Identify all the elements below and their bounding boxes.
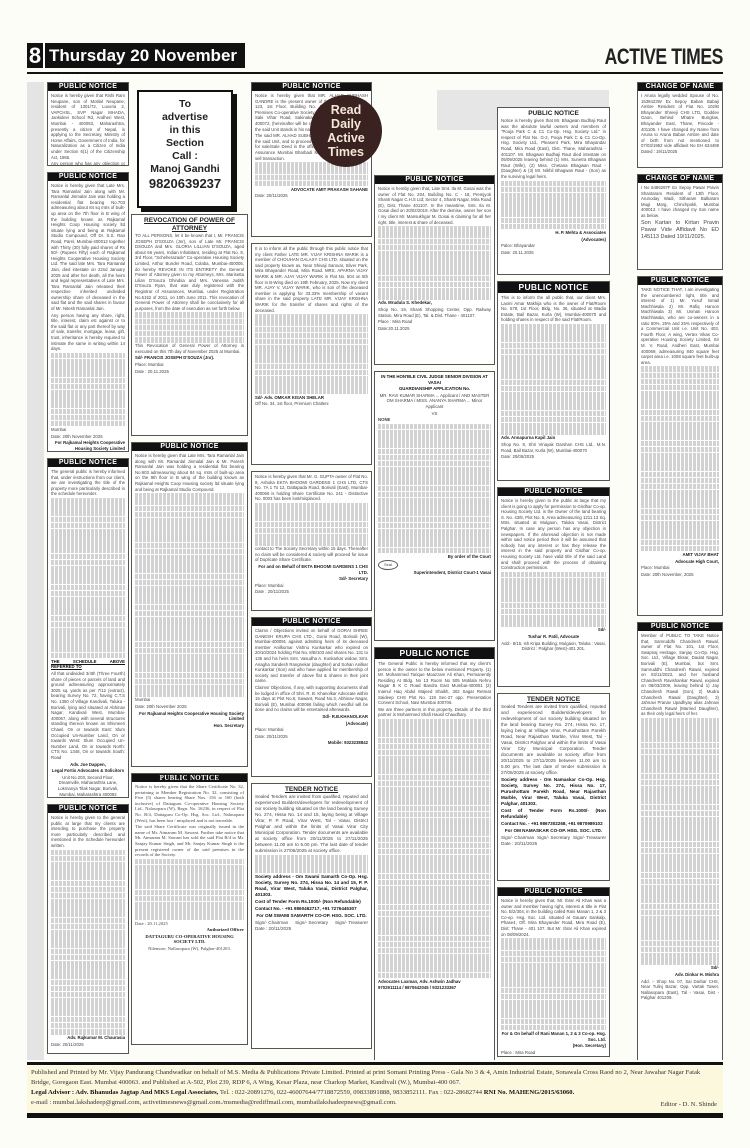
- ad-line: advertise: [139, 111, 231, 124]
- column-2: To advertise in this Section Call : Mano…: [131, 82, 248, 1060]
- notice-body-2: Son Kartan to Kirtan Pravin Pawar Vide A…: [641, 220, 719, 241]
- schedule-body: All that undivided 3/4th (Three Fourth) …: [51, 671, 125, 761]
- notice-advocate: H. P. Mehta & Associates: [501, 230, 606, 236]
- notice-heading: TENDER NOTICE: [255, 786, 368, 794]
- ad-line: Times: [310, 145, 382, 159]
- notice-heading: PUBLIC NOTICE: [638, 623, 722, 631]
- notice-society: DATTAGURU CO-OPERATIVE HOUSING SOCIETY L…: [135, 934, 244, 945]
- editor: Editor - D. N. Shinde: [661, 1100, 717, 1110]
- notice-body: Notice is hereby given that Late Mrs. Ta…: [135, 453, 244, 492]
- legal-line: Legal Advisor : Adv. Bhanudas Jagtap And…: [31, 1088, 719, 1098]
- schedule-title: THE SCHEDULE ABOVE REFERRED TO: [51, 659, 125, 670]
- notice-advocate: Tushar R. Patil, Advocate: [501, 634, 606, 640]
- notice-body-2: We are three partners in this property. …: [378, 707, 491, 718]
- notice-body: It is to inform all the public through t…: [255, 246, 368, 313]
- notice-body-2: The said Share Certificate was originall…: [135, 824, 244, 858]
- notice-tender-om-swami: TENDER NOTICE Sealed Tenders are invited…: [251, 783, 372, 1049]
- notice-place: Palce: Bhayandar: [501, 243, 606, 249]
- left-margin-strip: [27, 82, 44, 1060]
- ad-line: Section: [139, 137, 231, 150]
- paper-name: ACTIVE TIMES: [605, 44, 723, 70]
- page-number: 8: [27, 43, 43, 68]
- notice-role: (Advocate): [255, 721, 368, 727]
- notice-body-2: Any person having any share, right, titl…: [51, 313, 125, 352]
- notice-heading: CHANGE OF NAME: [638, 83, 722, 91]
- notice-body-2: This Revocation of General Power of Atto…: [135, 343, 244, 354]
- notice-body: Sealed Tenders are invited from qualifie…: [501, 704, 606, 776]
- notice-gosai: PUBLIC NOTICE Notice is hereby given tha…: [374, 175, 495, 365]
- tender-signatories: Sign/- Chairman Sign/- Secretary Sign/- …: [255, 920, 368, 926]
- notice-heading: PUBLIC NOTICE: [375, 648, 494, 659]
- notice-advocate: Advocates Laxman, Adv. Ashwin Jadhav: [378, 979, 491, 985]
- signatory-treasurer: Sign/- Treasurer: [573, 835, 606, 841]
- notice-body: I Aruna legally wedded Spouse of No. 153…: [641, 93, 719, 155]
- signatory-secretary: Sign/- Secretary: [295, 920, 328, 926]
- notice-heading: TENDER NOTICE: [501, 696, 606, 704]
- footer-rule: [27, 1062, 723, 1065]
- notice-warik: It is to inform all the public through t…: [251, 243, 372, 465]
- read-daily-active-times-ad: Read Daily Active Times: [310, 95, 382, 167]
- notice-body: Notice is hereby given that, Mr. Ibrar A…: [501, 898, 606, 937]
- notice-tender-om-namaskar: TENDER NOTICE Sealed Tenders are invited…: [497, 693, 610, 881]
- signatory-secretary: Sign/- Secretary: [537, 835, 570, 841]
- notice-signatory: (Hon. Secretary): [501, 1043, 606, 1049]
- notice-phone: 9702911114 / 9870642045 / 9321233367: [378, 985, 491, 991]
- notice-heading: PUBLIC NOTICE: [638, 277, 722, 285]
- notice-heading: PUBLIC NOTICE: [501, 110, 606, 118]
- notice-body: Notice is hereby given that, Late Smt. I…: [378, 186, 491, 225]
- notice-date: Date: 20.11.2025: [501, 250, 606, 256]
- court-none: NONE: [378, 417, 491, 423]
- notice-change-name-1: CHANGE OF NAME I Aruna legally wedded Sp…: [637, 82, 723, 168]
- notice-rut-bhagwan: PUBLIC NOTICE Notice is hereby given tha…: [497, 107, 610, 275]
- notice-body: TO ALL PERSONS, let it be known that I, …: [135, 233, 244, 311]
- notice-body-2: Claims/ Objections, if any, with support…: [255, 685, 368, 713]
- ad-line: in this: [139, 124, 231, 137]
- notice-date: Date: 20th November 2025: [51, 434, 125, 440]
- notice-heading: PUBLIC NOTICE: [375, 176, 494, 184]
- notice-signatory: Sd/- Secretary: [255, 576, 368, 582]
- notice-rani-manan: PUBLIC NOTICE Notice is hereby given tha…: [497, 887, 610, 1057]
- notice-date: Date:20.11.2025: [501, 1056, 606, 1057]
- notice-naturalization: PUBLIC NOTICE Notice is hereby given tha…: [47, 82, 129, 166]
- notice-heading: PUBLIC NOTICE: [498, 488, 609, 496]
- ad-line: Active: [310, 131, 382, 145]
- notice-body: The general public is hereby informed th…: [51, 469, 125, 497]
- notice-society: For Rajkamal Heights Cooperative Housing…: [135, 711, 244, 722]
- notice-place: Place: Mumbai: [135, 362, 244, 368]
- notice-date: Date:20.11.2025: [378, 326, 491, 332]
- notice-body: Sealed Tenders are invited from qualifie…: [255, 794, 368, 854]
- notice-heading: REVOCATION OF POWER OF ATTORNEY: [135, 217, 244, 233]
- notice-body: Notice is hereby given that the Share Ce…: [135, 784, 244, 823]
- notice-change-name-2: CHANGE OF NAME I No 6486297F Ex Sepoy Pa…: [637, 174, 723, 270]
- notice-date: Date : 20.11.2025: [135, 921, 244, 927]
- ad-contact-name: Manoj Gandhi: [139, 163, 231, 176]
- notice-advocate: Adv. Annapurna Kapil Jain: [501, 435, 606, 441]
- notice-heading: PUBLIC NOTICE: [48, 805, 128, 813]
- notice-body: I No 6486297F Ex Sepoy Pawar Pravin Shan…: [641, 185, 719, 219]
- notice-address: Add. :- Shop No. 07, Sai Darbar CHS, Nea…: [641, 979, 719, 1001]
- notice-society: For OM NAMASKAR CO-OP. HSG. SOC. LTD.: [501, 828, 606, 834]
- notice-address: Society address - Om Namaskar Co-Op. Hsg…: [501, 777, 606, 807]
- notice-signatory: Hon. Secretary: [135, 723, 244, 729]
- notice-revocation: REVOCATION OF POWER OF ATTORNEY TO ALL P…: [131, 214, 248, 436]
- notice-date: Date : 20/11/2025: [255, 926, 368, 932]
- notice-heading: PUBLIC NOTICE: [132, 443, 247, 451]
- notice-date: Date: 20/05/2025: [501, 454, 606, 460]
- notice-body: Notice is hereby given that Mr. Bhagwan …: [501, 118, 606, 180]
- notice-heading: CHANGE OF NAME: [638, 175, 722, 183]
- rni-number: RNI No. MAHENG/2015/63060.: [484, 1089, 574, 1096]
- notice-date: Date: 20/11/2025: [255, 734, 368, 740]
- notice-signatory: Sd/- Adv. OMKAR KISAN SHELAR: [255, 395, 368, 401]
- notice-signatory: Sd/-: [641, 965, 719, 971]
- notice-place: Place: Mumbai: [255, 583, 368, 589]
- notice-body: TAKE NOTICE THAT, I am investigating the…: [641, 287, 719, 365]
- notice-mohammed: PUBLIC NOTICE The General Public is here…: [374, 647, 495, 1060]
- notice-dattaguru: PUBLIC NOTICE Notice is hereby given tha…: [131, 773, 248, 1045]
- notice-heading: PUBLIC NOTICE: [48, 173, 128, 181]
- notice-rajkamal-703: PUBLIC NOTICE Notice is hereby given tha…: [47, 172, 129, 452]
- advertise-ad[interactable]: To advertise in this Section Call : Mano…: [137, 90, 233, 208]
- notice-advocate: ADVOCATE AMIT PRAKASH SAHANE: [255, 187, 368, 193]
- notice-signatory: Authorized Officer: [135, 927, 244, 933]
- notice-address: Add:- 8/15, Ish Kripa Building, Mulgaon,…: [501, 641, 606, 652]
- notice-firm: Legal Fortis Advocates & Solicitors: [51, 768, 125, 774]
- column-4: PUBLIC NOTICE Notice is hereby given tha…: [374, 175, 495, 1060]
- notice-heading: PUBLIC NOTICE: [48, 459, 128, 467]
- notice-date: Date: 20th November, 2025: [641, 572, 719, 578]
- notice-date: Date: 20/11/2025: [51, 1042, 125, 1048]
- notice-advocate: Adv. Dinkar H. Mishra: [641, 972, 719, 978]
- notice-advocate: AMIT VIJAY BHAT: [641, 552, 719, 558]
- court-vs: VS: [378, 411, 491, 417]
- court-application: GUARDIANSHIP APPLICATION No.: [378, 386, 491, 392]
- masthead: 8 Thursday 20 November 2025 ACTIVE TIMES: [27, 30, 723, 74]
- notice-advocate: Adv. Joe Dappen,: [51, 762, 125, 768]
- signatory-treasurer: Sign/- Treasurer: [335, 920, 368, 926]
- column-6: CHANGE OF NAME I Aruna legally wedded Sp…: [637, 82, 723, 1060]
- imprint-footer: Published and Printed by Mr. Vijay Pandu…: [27, 1066, 723, 1113]
- footer-bar: [27, 1113, 723, 1118]
- court-signatory: Superintendent, District Court-1 Vasai: [378, 570, 491, 576]
- notice-body: Notice is hereby given that Rishi Ram Ne…: [51, 93, 125, 160]
- notice-schedule-property: PUBLIC NOTICE The general public is here…: [47, 458, 129, 798]
- ad-line: Call :: [139, 150, 231, 163]
- court-order: By order of the Court: [378, 554, 491, 560]
- notice-body: Notice is hereby given to the public at …: [501, 498, 606, 571]
- ad-line: Daily: [310, 117, 382, 131]
- notice-address: Nilemore, Nallasopara (W), Palghar-40120…: [135, 946, 244, 952]
- notice-society: For OM SWAMI SAMARTH CO-OP. HSG. SOC. LT…: [255, 913, 368, 919]
- notice-role: Advocate High Court,: [641, 559, 719, 565]
- notice-body: Claims / Objections invited on behalf of…: [255, 628, 368, 684]
- notice-heading: PUBLIC NOTICE: [498, 888, 609, 896]
- notice-date: Date : 20/11/2025: [501, 841, 606, 847]
- notice-date: Date: 20/11/2025: [255, 193, 368, 199]
- fax: Fax : 022-28682744: [429, 1089, 482, 1096]
- ad-line: To: [139, 98, 231, 111]
- telephone: Tel. : 022-20891276, 022-46007644/771887…: [220, 1089, 427, 1096]
- notice-place: Place: Mumbai: [255, 727, 368, 733]
- notice-date: Date : 20.11.2025: [135, 369, 244, 375]
- issue-date: Thursday 20 November 2025: [45, 43, 245, 68]
- signatory-chairman: Sign/- Chairman: [255, 920, 288, 926]
- notice-heading: PUBLIC NOTICE: [132, 774, 247, 782]
- tender-contact: Contact No. - +91 9860462717, +91 727644…: [255, 906, 368, 912]
- email-line[interactable]: e-mail : mumbai.lakshadeep@gmail.com, ac…: [31, 1098, 719, 1108]
- notice-lazmi-makhija: PUBLIC NOTICE This is to inform the all …: [497, 281, 610, 481]
- notice-body: Notice is hereby given to the general pu…: [51, 815, 125, 849]
- notice-swapna: PUBLIC NOTICE Member of PUBLIC TO TAKE N…: [637, 622, 723, 1060]
- notice-gorai: PUBLIC NOTICE Claims / Objections invite…: [251, 617, 372, 777]
- notice-rajkamal-903: PUBLIC NOTICE Notice is hereby given tha…: [131, 442, 248, 767]
- notice-society: For & On behalf of Rani Manan 1, 2 & 3 C…: [501, 1031, 606, 1042]
- column-5: PUBLIC NOTICE Notice is hereby given tha…: [497, 107, 610, 1060]
- notice-heading: PUBLIC NOTICE: [48, 83, 128, 91]
- notice-address: Shop No. 8, Shri Vinayak Darshan CHS Ltd…: [501, 442, 606, 453]
- notice-vertex: PUBLIC NOTICE TAKE NOTICE THAT, I am inv…: [637, 276, 723, 616]
- ad-line: Read: [310, 103, 382, 117]
- tender-cost: Cost of Tender Form Rs.1000/- (Non Refun…: [501, 808, 606, 820]
- notice-court: IN THE HON'BLE CIVIL JUDGE SENIOR DIVISI…: [374, 371, 495, 641]
- notice-mobile: Mobile: 9323238842: [255, 740, 368, 746]
- notice-date: Date : 20/11/2025: [255, 589, 368, 595]
- notice-purchase: PUBLIC NOTICE Notice is hereby given to …: [47, 804, 129, 1054]
- court-parties: MR. RAVI KUMAR SHARMA ... Applicant / AN…: [378, 393, 491, 410]
- tender-cost: Cost of Tender Form Rs.1000/- (Non Refun…: [255, 899, 368, 905]
- notice-heading: PUBLIC NOTICE: [252, 83, 371, 91]
- notice-signatory: Sd/- FRANCIS JOSEPH D'SOUZA (Jnr).: [135, 355, 244, 361]
- notice-girdhar: PUBLIC NOTICE Notice is hereby given to …: [497, 487, 610, 687]
- notice-body: Member of PUBLIC TO TAKE Notice that, Sa…: [641, 633, 719, 717]
- notice-body-2: Any person who has any objection or know…: [51, 161, 125, 166]
- notice-place: Place : Mira Road: [501, 1050, 606, 1056]
- legal-advisor: Legal Advisor : Adv. Bhanudas Jagtap And…: [31, 1089, 218, 1096]
- notice-body-2: contact to The Society Secretary within …: [255, 546, 368, 563]
- notice-address: Shop No. 19, Shanti Shopping Center, Opp…: [378, 307, 491, 318]
- notice-body: The General Public is hereby informed th…: [378, 661, 491, 706]
- notice-signatory: Sd/- R.B.KHANOLKAR: [255, 714, 368, 720]
- notice-place: Mumbai: [135, 697, 244, 703]
- notice-heading: PUBLIC NOTICE: [498, 282, 609, 293]
- publisher-line: Published and Printed by Mr. Vijay Pandu…: [31, 1068, 719, 1088]
- notice-advocate: Adv. Mrudula S. Khedekar,: [378, 300, 491, 306]
- notice-address: Unit No.203, Second Floor, Dreamville, M…: [51, 775, 125, 797]
- notice-advocate: Adv. Rajkumar M. Chaurasia: [51, 1035, 125, 1041]
- tender-contact: Contact No. - +91 9867302268, +91 987098…: [501, 821, 606, 827]
- notice-place: Place : Mira Road: [378, 319, 491, 325]
- notice-society: For Rajkamal Heights Cooperative Housing…: [51, 440, 125, 451]
- notice-ekta-bhoomi: Notice is hereby given that Mr. G. GUPTA…: [251, 471, 372, 611]
- ad-phone[interactable]: 9820639237: [139, 176, 231, 192]
- column-1: PUBLIC NOTICE Notice is hereby given tha…: [47, 82, 129, 1060]
- court-header: IN THE HON'BLE CIVIL JUDGE SENIOR DIVISI…: [378, 374, 491, 385]
- notice-date: Date: 20th November 2025: [135, 704, 244, 710]
- court-seal: Seal: [378, 560, 398, 570]
- notice-heading: PUBLIC NOTICE: [252, 618, 371, 626]
- notice-body: Notice is hereby given that Mr. G. GUPTA…: [255, 474, 368, 502]
- notice-place: Mumbai: [51, 427, 125, 433]
- notice-society: For and on Behalf of EKTA BHOOMI GARDENS…: [255, 564, 368, 575]
- column-3: PUBLIC NOTICE Notice is hereby given tha…: [251, 82, 372, 1060]
- notice-role: (Advocates): [501, 237, 606, 243]
- notice-place: Place: Mumbai: [641, 565, 719, 571]
- notice-body: Notice is hereby given that Late Mrs. Ta…: [51, 183, 125, 312]
- notice-body: This is to inform the all public that, o…: [501, 295, 606, 323]
- notice-address: Off No. 34, 1st floor, Premium Chatleni: [255, 401, 368, 407]
- notice-address: Society address - Om Swami Samarth Co-Op…: [255, 874, 368, 898]
- notice-signatory: Sd/-: [501, 627, 606, 633]
